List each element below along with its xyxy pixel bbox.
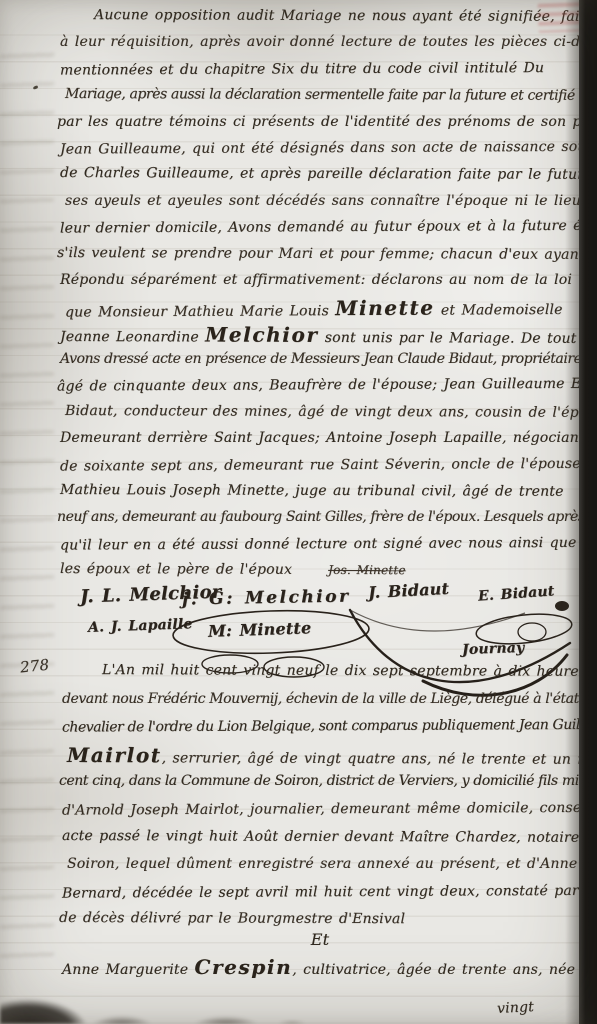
handwritten-line-groom: que Monsieur Mathieu Marie Louis Minette…: [65, 297, 597, 326]
handwritten-line: par les quatre témoins ci présents de l'…: [57, 114, 597, 140]
handwritten-line: mentionnées et du chapitre Six du titre …: [60, 59, 597, 88]
text-segment: , serrurier, âgé de vingt quatre ans, né…: [162, 750, 597, 768]
handwritten-line: devant nous Frédéric Mouvernij, échevin …: [62, 691, 597, 719]
handwritten-line: Bidaut, conducteur des mines, âgé de vin…: [65, 403, 597, 431]
text-segment: que Monsieur Mathieu Marie Louis: [65, 303, 335, 320]
handwritten-line: Aucune opposition audit Mariage ne nous …: [60, 7, 597, 35]
handwritten-line: cent cinq, dans la Commune de Soiron, di…: [59, 773, 597, 801]
scanned-document-page: Aucune opposition audit Mariage ne nous …: [0, 0, 597, 1024]
ink-bleedthrough-ghost: [0, 40, 54, 970]
act-margin-number: 278: [19, 656, 50, 677]
handwritten-line: d'Arnold Joseph Mairlot, journalier, dem…: [62, 799, 597, 830]
page-catchword: vingt: [497, 999, 535, 1017]
text-segment: et Mademoiselle: [435, 302, 563, 319]
handwritten-line: âgé de cinquante deux ans, Beaufrère de …: [57, 376, 597, 406]
signature-jg-melchior: j. G: Melchior: [182, 587, 351, 610]
scan-edge-black-band: [579, 0, 597, 1024]
handwritten-line: de Charles Guilleaume, et après pareille…: [60, 165, 597, 193]
handwritten-line: Demeurant derrière Saint Jacques; Antoin…: [60, 430, 597, 456]
signature-j-bidaut: J. Bidaut: [368, 579, 450, 602]
handwritten-line: s'ils veulent se prendre pour Mari et po…: [57, 244, 597, 272]
handwritten-line: Soiron, lequel dûment enregistré sera an…: [67, 856, 597, 884]
handwritten-line: neuf ans, demeurant au faubourg Saint Gi…: [57, 509, 597, 535]
handwritten-line: leur dernier domicile, Avons demandé au …: [60, 218, 597, 247]
handwritten-line: qu'il leur en a été aussi donné lecture …: [60, 534, 597, 563]
text-segment: , cultivatrice, âgée de trente ans, née …: [292, 962, 597, 978]
handwritten-line: Mariage, après aussi la déclaration serm…: [65, 86, 597, 114]
officiant-note: Jos. Minette: [328, 563, 406, 577]
red-archive-stamp: [538, 2, 585, 33]
ink-speck: [33, 85, 39, 90]
bride2-surname: Crespin: [194, 955, 292, 979]
handwritten-line: Bernard, décédée le sept avril mil huit …: [62, 882, 597, 913]
text-segment: Jeanne Leonardine: [60, 329, 205, 346]
handwritten-line: de soixante sept ans, demeurant rue Sain…: [60, 455, 597, 484]
handwritten-line: Répondu séparément et affirmativement: d…: [60, 272, 597, 298]
groom2-surname: Mairlot: [67, 743, 162, 767]
text-segment: Anne Marguerite: [62, 962, 194, 978]
handwritten-line: Jean Guilleaume, qui ont été désignés da…: [60, 138, 597, 167]
signature-aj-lapaille: A. J. Lapaille: [88, 616, 193, 636]
handwritten-line: Mathieu Louis Joseph Minette, juge au tr…: [60, 482, 597, 510]
text-segment: sont unis par le Mariage. De tout quoi: [319, 330, 597, 347]
bride-surname: Melchior: [205, 322, 319, 346]
text-segment: les époux et le père de l'époux: [60, 561, 292, 578]
handwritten-line: ses ayeuls et ayeules sont décédés sans …: [65, 193, 597, 219]
handwritten-line: L'An mil huit cent vingt neuf le dix sep…: [62, 662, 597, 692]
signature-journay: Journay: [462, 640, 525, 658]
signature-m-minette: M: Minette: [208, 618, 312, 641]
second-act-text-block: L'An mil huit cent vingt neuf le dix sep…: [62, 663, 597, 939]
bottom-edge-damage-blotch: [0, 985, 330, 1024]
handwritten-line: acte passé le vingt huit Août dernier de…: [62, 828, 597, 858]
groom-surname: Minette: [335, 296, 435, 321]
handwritten-line-bride2: Anne Marguerite Crespin, cultivatrice, â…: [62, 957, 597, 978]
marriage-act-text-block: Aucune opposition audit Mariage ne nous …: [60, 8, 597, 589]
et-separator: Et: [60, 930, 580, 949]
handwritten-line-groom2: Mairlot, serrurier, âgé de vingt quatre …: [67, 745, 597, 775]
handwritten-line: Avons dressé acte en présence de Messieu…: [60, 351, 597, 377]
handwritten-line-bride: Jeanne Leonardine Melchior sont unis par…: [60, 324, 597, 352]
handwritten-line: à leur réquisition, après avoir donné le…: [60, 34, 597, 60]
